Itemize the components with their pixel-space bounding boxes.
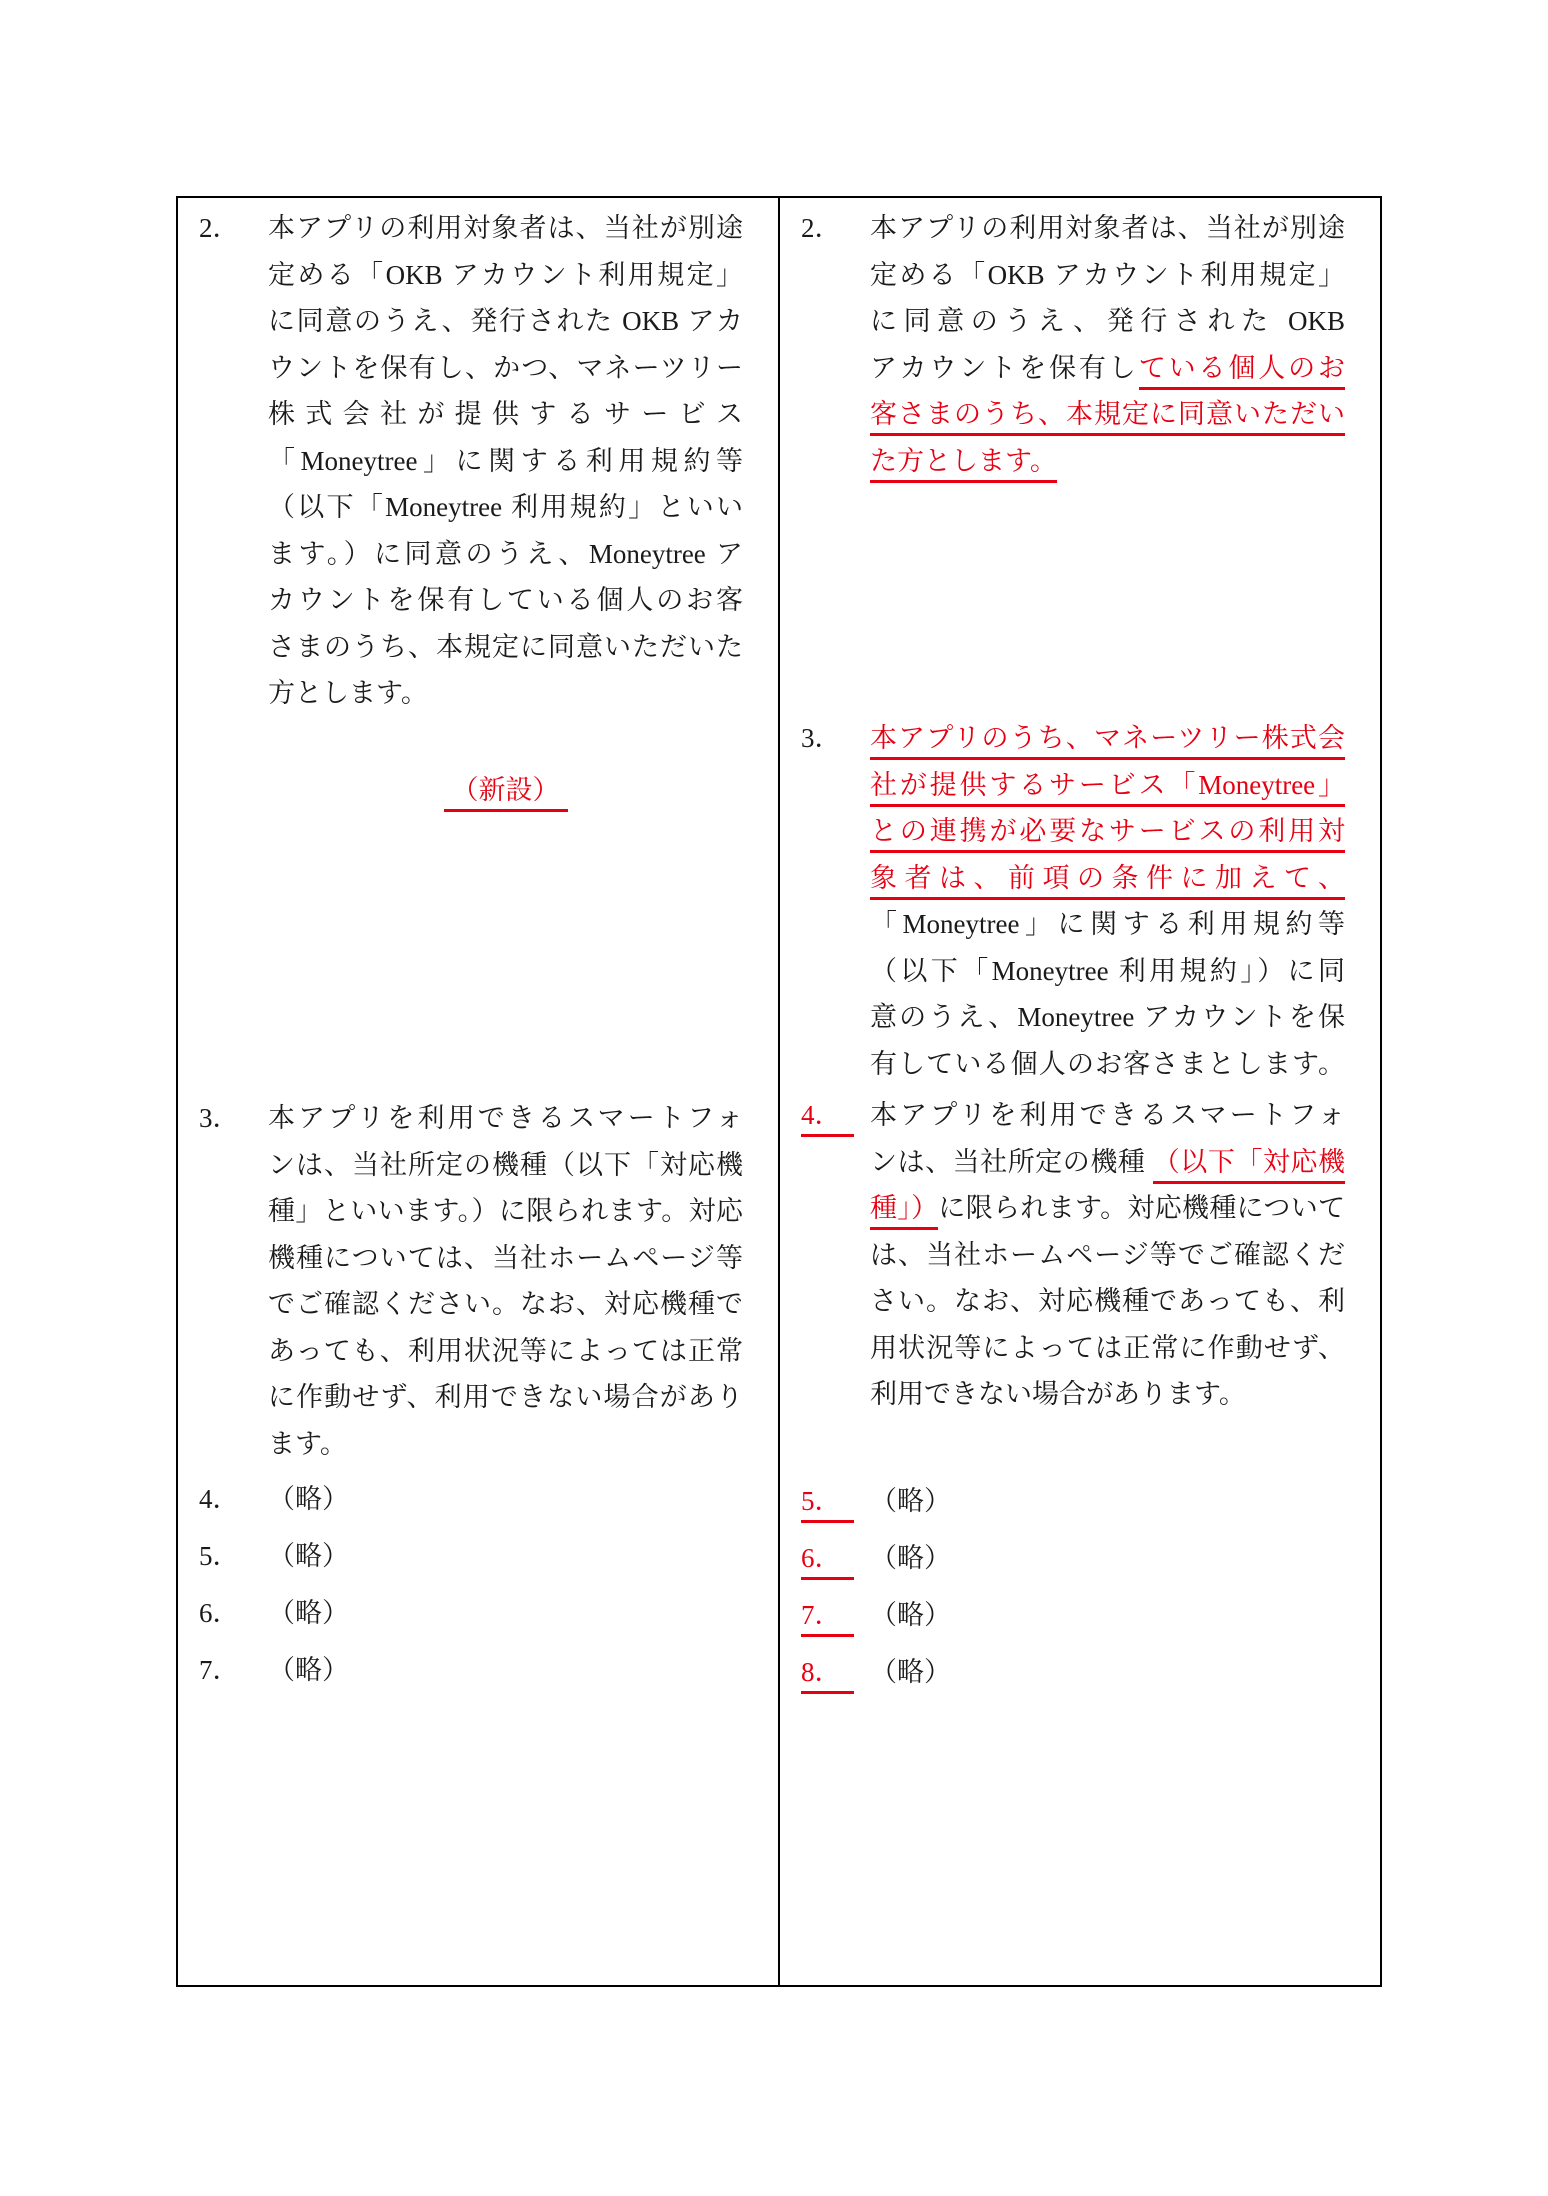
- text-segment: 「Moneytree」に関する利用規約等: [268, 446, 743, 476]
- clause-text: （略）: [268, 1590, 743, 1637]
- clause-number-text: 2．: [801, 213, 842, 243]
- text-line: 種」といいます。）に限られます。対応: [268, 1188, 743, 1235]
- revised-text-segment: 社が提供するサービス「Moneytree」: [870, 770, 1345, 807]
- text-segment: アカウントを保有し: [870, 353, 1139, 383]
- text-segment: 種」といいます。）に限られます。対応: [268, 1196, 743, 1226]
- text-segment: 用状況等によっては正常に作動せず、: [870, 1333, 1345, 1363]
- text-line: に作動せず、利用できない場合があり: [268, 1374, 743, 1421]
- text-line: 定める「OKB アカウント利用規定」: [870, 252, 1345, 299]
- text-line: 象者は、前項の条件に加えて、: [870, 855, 1345, 902]
- revised-text-segment: 客さまのうち、本規定に同意いただい: [870, 399, 1345, 436]
- text-segment: 本アプリを利用できるスマートフォ: [870, 1100, 1345, 1130]
- text-line: （以下「Moneytree 利用規約」といい: [268, 484, 743, 531]
- clause-text: 本アプリのうち、マネーツリー株式会社が提供するサービス「Moneytree」との…: [870, 715, 1345, 1087]
- text-line: （略）: [870, 1478, 1345, 1525]
- text-segment: ます。）に同意のうえ、Moneytree ア: [268, 539, 743, 569]
- clause-number: 7．: [178, 1647, 268, 1694]
- text-segment: （以下「Moneytree 利用規約」）に同: [870, 956, 1345, 986]
- text-line: 機種については、当社ホームページ等: [268, 1235, 743, 1282]
- text-segment: 方とします。: [268, 678, 428, 708]
- revised-text-segment: 本アプリのうち、マネーツリー株式会: [870, 723, 1345, 760]
- text-segment: （略）: [870, 1600, 951, 1630]
- clause-number-text: 5．: [801, 1486, 854, 1523]
- clause-text: （略）: [870, 1478, 1345, 1525]
- clause-number-text: 4．: [199, 1484, 240, 1514]
- clause-item: 7．（略）: [178, 1647, 778, 1694]
- text-line: ウントを保有し、かつ、マネーツリー: [268, 345, 743, 392]
- text-line: （略）: [870, 1649, 1345, 1696]
- text-line: との連携が必要なサービスの利用対: [870, 808, 1345, 855]
- clause-number: 2．: [178, 205, 268, 252]
- text-line: に同意のうえ、発行された OKB アカ: [268, 298, 743, 345]
- clause-number: 8．: [780, 1649, 870, 1696]
- text-line: に同意のうえ、発行された OKB: [870, 298, 1345, 345]
- text-segment: （略）: [870, 1657, 951, 1687]
- text-line: 本アプリの利用対象者は、当社が別途: [268, 205, 743, 252]
- clause-number: 5．: [780, 1478, 870, 1525]
- text-line: は、当社ホームページ等でご確認くだ: [870, 1232, 1345, 1279]
- clause-text: 本アプリを利用できるスマートフォンは、当社所定の機種 （以下「対応機種」）に限ら…: [870, 1092, 1345, 1418]
- text-line: （略）: [268, 1590, 743, 1637]
- text-line: 種」）に限られます。対応機種について: [870, 1185, 1345, 1232]
- text-segment: 利用できない場合があります。: [870, 1379, 1246, 1409]
- clause-number: 5．: [178, 1533, 268, 1580]
- clause-number: 3．: [780, 715, 870, 762]
- text-line: あっても、利用状況等によっては正常: [268, 1328, 743, 1375]
- clause-item: 3．本アプリのうち、マネーツリー株式会社が提供するサービス「Moneytree」…: [780, 715, 1380, 1087]
- clause-item: 5．（略）: [780, 1478, 1380, 1525]
- text-segment: に同意のうえ、発行された OKB アカ: [268, 306, 743, 336]
- clause-number-text: 6．: [801, 1543, 854, 1580]
- clause-item: 4．本アプリを利用できるスマートフォンは、当社所定の機種 （以下「対応機種」）に…: [780, 1092, 1380, 1418]
- text-line: さまのうち、本規定に同意いただいた: [268, 624, 743, 671]
- text-line: ンは、当社所定の機種（以下「対応機: [268, 1142, 743, 1189]
- clause-number-text: 4．: [801, 1100, 854, 1137]
- text-segment: ンは、当社所定の機種（以下「対応機: [268, 1150, 743, 1180]
- text-segment: （略）: [268, 1484, 349, 1514]
- clause-number: 4．: [780, 1092, 870, 1139]
- document-page: 2．本アプリの利用対象者は、当社が別途定める「OKB アカウント利用規定」に同意…: [0, 0, 1548, 2196]
- text-segment: は、当社ホームページ等でご確認くだ: [870, 1240, 1345, 1270]
- clause-number-text: 3．: [199, 1103, 240, 1133]
- clause-number: 6．: [178, 1590, 268, 1637]
- new-text-column: 2．本アプリの利用対象者は、当社が別途定める「OKB アカウント利用規定」に同意…: [780, 198, 1380, 1985]
- text-segment: でご確認ください。なお、対応機種で: [268, 1289, 743, 1319]
- text-line: ます。）に同意のうえ、Moneytree ア: [268, 531, 743, 578]
- clause-text: （略）: [268, 1647, 743, 1694]
- text-segment: 株式会社が提供するサービス: [268, 399, 743, 429]
- clause-text: （略）: [870, 1535, 1345, 1582]
- text-line: 方とします。: [268, 670, 743, 717]
- text-line: （略）: [268, 1476, 743, 1523]
- text-segment: 本アプリの利用対象者は、当社が別途: [268, 213, 743, 243]
- text-line: カウントを保有している個人のお客: [268, 577, 743, 624]
- text-segment: あっても、利用状況等によっては正常: [268, 1336, 743, 1366]
- text-line: 本アプリの利用対象者は、当社が別途: [870, 205, 1345, 252]
- text-line: （略）: [268, 1647, 743, 1694]
- text-line: 利用できない場合があります。: [870, 1371, 1345, 1418]
- text-line: （略）: [870, 1535, 1345, 1582]
- text-segment: 意のうえ、Moneytree アカウントを保: [870, 1002, 1345, 1032]
- clause-text: （新設）: [268, 767, 743, 814]
- revised-text-segment: た方とします。: [870, 446, 1057, 483]
- text-line: さい。なお、対応機種であっても、利: [870, 1278, 1345, 1325]
- clause-item: 5．（略）: [178, 1533, 778, 1580]
- clause-text: （略）: [870, 1592, 1345, 1639]
- text-line: 「Moneytree」に関する利用規約等: [870, 901, 1345, 948]
- new-clause-placeholder: （新設）: [178, 767, 778, 814]
- clause-number-text: 8．: [801, 1657, 854, 1694]
- text-segment: ます。: [268, 1429, 347, 1459]
- text-line: 社が提供するサービス「Moneytree」: [870, 762, 1345, 809]
- text-segment: 定める「OKB アカウント利用規定」: [870, 260, 1345, 290]
- text-line: （略）: [870, 1592, 1345, 1639]
- text-segment: さい。なお、対応機種であっても、利: [870, 1286, 1345, 1316]
- text-segment: カウントを保有している個人のお客: [268, 585, 743, 615]
- text-segment: （略）: [870, 1543, 951, 1573]
- clause-item: 6．（略）: [178, 1590, 778, 1637]
- clause-number-text: 6．: [199, 1598, 240, 1628]
- clause-item: 8．（略）: [780, 1649, 1380, 1696]
- text-segment: （略）: [268, 1655, 349, 1685]
- text-line: 有している個人のお客さまとします。: [870, 1041, 1345, 1088]
- text-segment: 本アプリを利用できるスマートフォ: [268, 1103, 743, 1133]
- clause-item: 7．（略）: [780, 1592, 1380, 1639]
- text-segment: 「Moneytree」に関する利用規約等: [870, 909, 1345, 939]
- text-segment: （略）: [870, 1486, 951, 1516]
- clause-text: 本アプリの利用対象者は、当社が別途定める「OKB アカウント利用規定」に同意のう…: [870, 205, 1345, 484]
- clause-item: 3．本アプリを利用できるスマートフォンは、当社所定の機種（以下「対応機種」といい…: [178, 1095, 778, 1467]
- text-line: 株式会社が提供するサービス: [268, 391, 743, 438]
- text-line: （略）: [268, 1533, 743, 1580]
- text-line: 本アプリを利用できるスマートフォ: [870, 1092, 1345, 1139]
- text-segment: ンは、当社所定の機種: [870, 1147, 1153, 1177]
- text-line: 「Moneytree」に関する利用規約等: [268, 438, 743, 485]
- clause-number-text: 5．: [199, 1541, 240, 1571]
- text-line: 定める「OKB アカウント利用規定」: [268, 252, 743, 299]
- clause-item: 2．本アプリの利用対象者は、当社が別途定める「OKB アカウント利用規定」に同意…: [178, 205, 778, 717]
- text-segment: 有している個人のお客さまとします。: [870, 1049, 1345, 1079]
- text-line: ンは、当社所定の機種 （以下「対応機: [870, 1139, 1345, 1186]
- clause-number-text: 2．: [199, 213, 240, 243]
- text-line: 本アプリのうち、マネーツリー株式会: [870, 715, 1345, 762]
- text-segment: 定める「OKB アカウント利用規定」: [268, 260, 743, 290]
- clause-number: 6．: [780, 1535, 870, 1582]
- comparison-table: 2．本アプリの利用対象者は、当社が別途定める「OKB アカウント利用規定」に同意…: [176, 196, 1382, 1987]
- text-line: 客さまのうち、本規定に同意いただい: [870, 391, 1345, 438]
- clause-number-text: 3．: [801, 723, 842, 753]
- text-segment: （略）: [268, 1598, 349, 1628]
- note-text: （新設）: [444, 775, 568, 812]
- clause-item: 4．（略）: [178, 1476, 778, 1523]
- text-line: でご確認ください。なお、対応機種で: [268, 1281, 743, 1328]
- revised-text-segment: ている個人のお: [1139, 353, 1345, 390]
- clause-text: 本アプリを利用できるスマートフォンは、当社所定の機種（以下「対応機種」といいます…: [268, 1095, 743, 1467]
- clause-number-text: 7．: [199, 1655, 240, 1685]
- clause-number: 7．: [780, 1592, 870, 1639]
- text-segment: に同意のうえ、発行された OKB: [870, 306, 1345, 336]
- text-line: 用状況等によっては正常に作動せず、: [870, 1325, 1345, 1372]
- clause-text: （略）: [268, 1476, 743, 1523]
- text-line: （以下「Moneytree 利用規約」）に同: [870, 948, 1345, 995]
- text-line: 意のうえ、Moneytree アカウントを保: [870, 994, 1345, 1041]
- revised-text-segment: 種」）: [870, 1193, 938, 1230]
- text-line: た方とします。: [870, 438, 1345, 485]
- clause-text: （略）: [870, 1649, 1345, 1696]
- clause-number: 3．: [178, 1095, 268, 1142]
- clause-number-text: 7．: [801, 1600, 854, 1637]
- text-segment: に限られます。対応機種について: [938, 1193, 1345, 1223]
- clause-item: 6．（略）: [780, 1535, 1380, 1582]
- clause-text: 本アプリの利用対象者は、当社が別途定める「OKB アカウント利用規定」に同意のう…: [268, 205, 743, 717]
- revised-text-segment: 象者は、前項の条件に加えて、: [870, 863, 1345, 900]
- revised-text-segment: （以下「対応機: [1153, 1147, 1345, 1184]
- clause-number: 4．: [178, 1476, 268, 1523]
- revised-text-segment: との連携が必要なサービスの利用対: [870, 816, 1345, 853]
- clause-number: 2．: [780, 205, 870, 252]
- text-segment: （以下「Moneytree 利用規約」といい: [268, 492, 743, 522]
- old-text-column: 2．本アプリの利用対象者は、当社が別途定める「OKB アカウント利用規定」に同意…: [178, 198, 780, 1985]
- text-segment: に作動せず、利用できない場合があり: [268, 1382, 743, 1412]
- text-segment: さまのうち、本規定に同意いただいた: [268, 632, 743, 662]
- text-line: ます。: [268, 1421, 743, 1468]
- text-segment: （略）: [268, 1541, 349, 1571]
- text-segment: 本アプリの利用対象者は、当社が別途: [870, 213, 1345, 243]
- text-line: 本アプリを利用できるスマートフォ: [268, 1095, 743, 1142]
- clause-item: 2．本アプリの利用対象者は、当社が別途定める「OKB アカウント利用規定」に同意…: [780, 205, 1380, 484]
- clause-text: （略）: [268, 1533, 743, 1580]
- text-segment: ウントを保有し、かつ、マネーツリー: [268, 353, 743, 383]
- text-segment: 機種については、当社ホームページ等: [268, 1243, 743, 1273]
- text-line: アカウントを保有している個人のお: [870, 345, 1345, 392]
